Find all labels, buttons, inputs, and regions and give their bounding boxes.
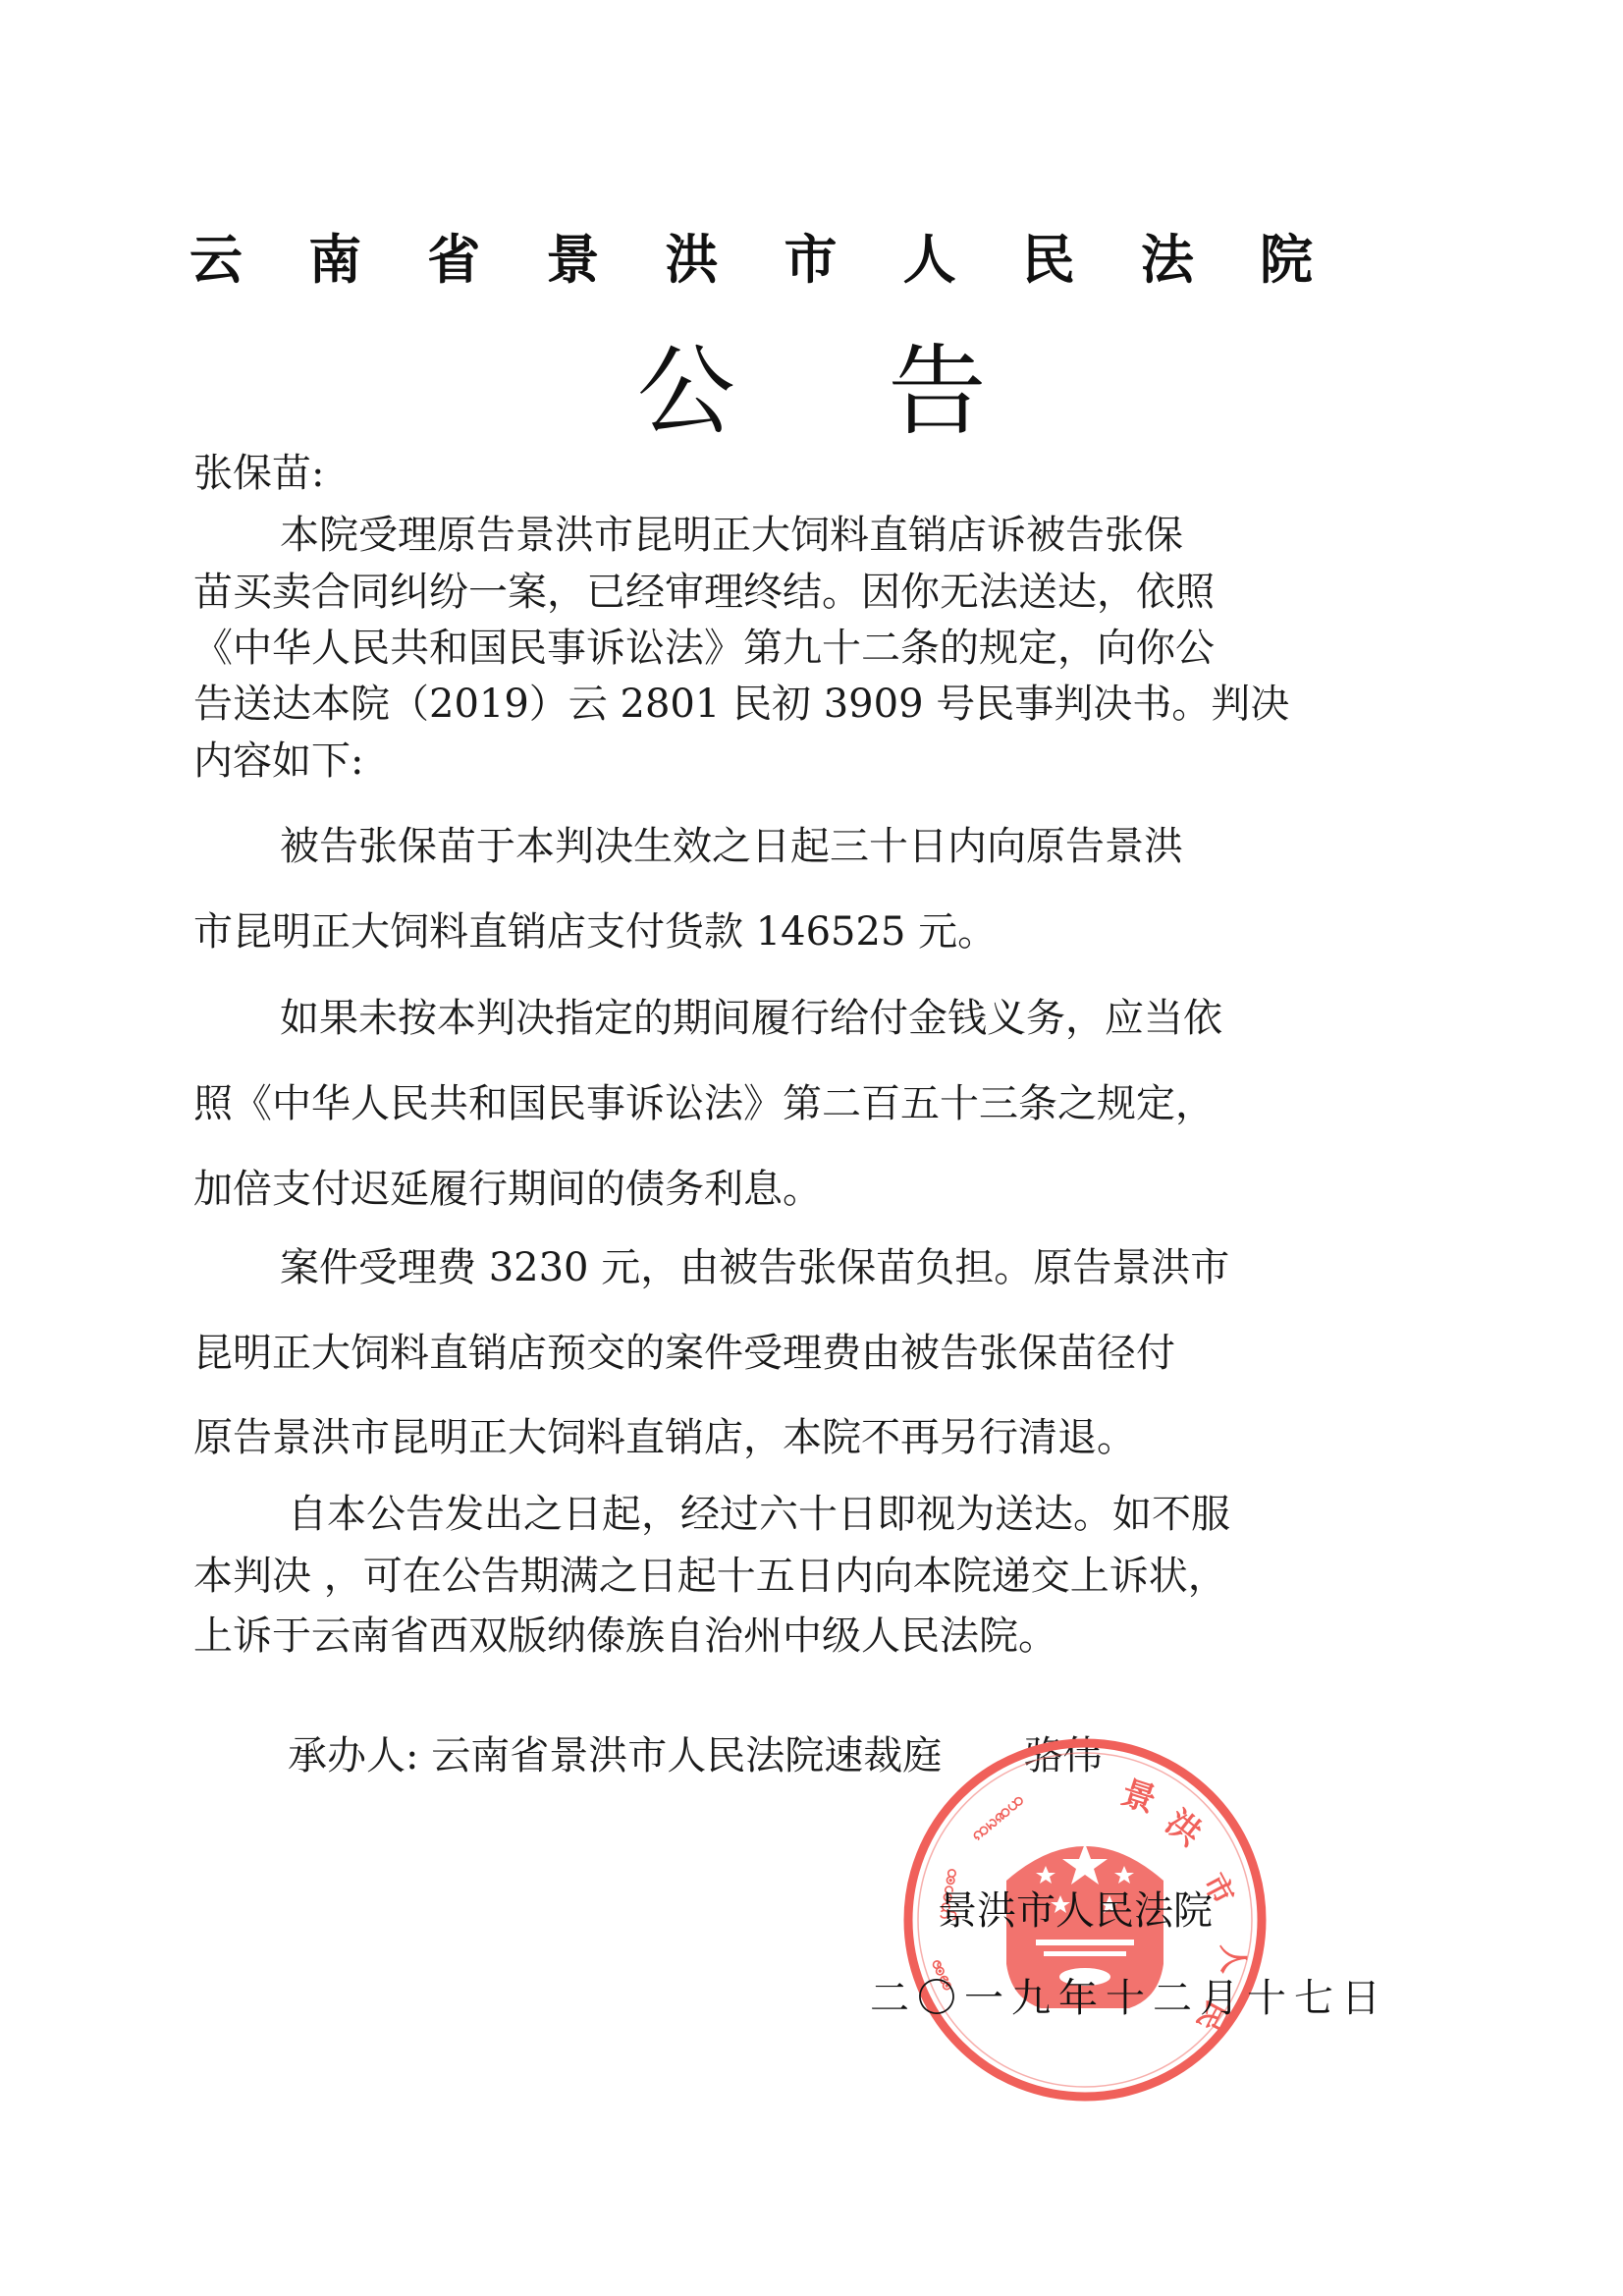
- body-line: 原告景洪市昆明正大饲料直销店，本院不再另行清退。: [193, 1414, 1136, 1461]
- body-line: 被告张保苗于本判决生效之日起三十日内向原告景洪: [280, 823, 1183, 870]
- body-line: 昆明正大饲料直销店预交的案件受理费由被告张保苗径付: [193, 1330, 1175, 1377]
- heading-char: 人: [900, 218, 959, 294]
- body-line: 本院受理原告景洪市昆明正大饲料直销店诉被告张保: [280, 512, 1183, 559]
- heading-char: 法: [1138, 218, 1197, 294]
- body-line: 内容如下:: [193, 738, 363, 785]
- heading-char: 南: [305, 218, 364, 294]
- body-line: 告送达本院（2019）云 2801 民初 3909 号民事判决书。判决: [193, 681, 1289, 728]
- body-line: 市昆明正大饲料直销店支付货款 146525 元。: [193, 908, 997, 956]
- body-line: 上诉于云南省西双版纳傣族自治州中级人民法院。: [193, 1613, 1057, 1660]
- heading-char: 民: [1019, 218, 1078, 294]
- heading-char: 省: [424, 218, 483, 294]
- body-line: 本判决 ，可在公告期满之日起十五日内向本院递交上诉状，: [193, 1553, 1227, 1600]
- body-line: 自本公告发出之日起，经过六十日即视为送达。如不服: [288, 1491, 1230, 1538]
- addressee: 张保苗:: [193, 450, 324, 497]
- heading-char: 院: [1257, 218, 1316, 294]
- title-char: 公: [637, 312, 735, 454]
- heading-char: 景: [543, 218, 602, 294]
- handler-department: 云南省景洪市人民法院速裁庭: [431, 1733, 942, 1778]
- heading-char: 云: [187, 218, 245, 294]
- body-line: 《中华人民共和国民事诉讼法》第九十二条的规定，向你公: [193, 625, 1215, 672]
- svg-text:洪: 洪: [1158, 1803, 1208, 1854]
- handler-label: 承办人:: [288, 1733, 418, 1778]
- signature-date: 二〇一九年十二月十七日: [870, 1975, 1388, 2022]
- document-title: 公 告: [0, 312, 1623, 454]
- body-line: 案件受理费 3230 元，由被告张保苗负担。原告景洪市: [280, 1244, 1229, 1291]
- body-line: 苗买卖合同纠纷一案，已经审理终结。因你无法送达，依照: [193, 569, 1215, 616]
- signature-court: 景洪市人民法院: [938, 1887, 1213, 1935]
- title-char: 告: [888, 312, 986, 454]
- svg-text:人: 人: [1215, 1943, 1250, 1974]
- svg-text:景: 景: [1116, 1774, 1161, 1822]
- heading-char: 市: [782, 218, 840, 294]
- document-page: 云 南 省 景 洪 市 人 民 法 院 公 告 张保苗: 本院受理原告景洪市昆明…: [0, 0, 1623, 2296]
- heading-char: 洪: [662, 218, 721, 294]
- court-name-heading: 云 南 省 景 洪 市 人 民 法 院: [187, 218, 1316, 294]
- body-line: 如果未按本判决指定的期间履行给付金钱义务，应当依: [280, 995, 1222, 1042]
- svg-text:ꩡꩢꩣꩤ: ꩡꩢꩣꩤ: [967, 1789, 1029, 1845]
- body-line: 加倍支付迟延履行期间的债务利息。: [193, 1166, 822, 1213]
- body-line: 照《中华人民共和国民事诉讼法》第二百五十三条之规定，: [193, 1080, 1215, 1127]
